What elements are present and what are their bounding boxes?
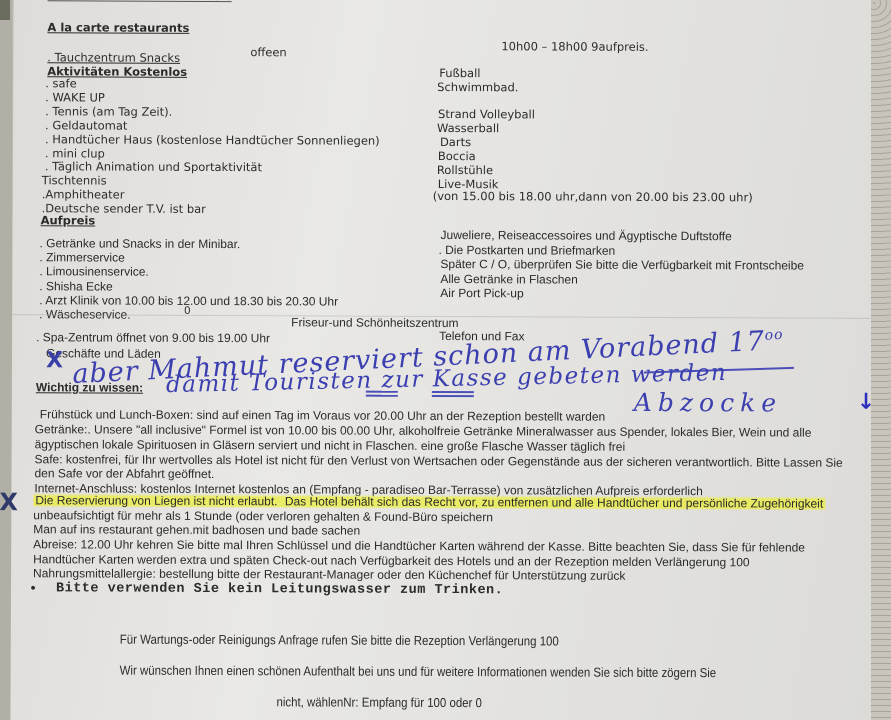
handwritten-superscript: oo	[764, 327, 784, 344]
bullet-dot: •	[29, 582, 38, 597]
list-item: . Limousinenservice.	[39, 264, 148, 278]
note-line: Nahrungsmittelallergie: bestellung bitte…	[33, 566, 625, 583]
maintenance-note: Für Wartungs-oder Reinigungs Anfrage ruf…	[120, 632, 559, 649]
handwritten-line-3: Abzocke	[634, 388, 782, 418]
list-item: . Shisha Ecke	[39, 279, 112, 293]
highlighted-sentence: Die Reservierung von Liegen ist nicht er…	[33, 493, 279, 508]
list-item: Darts	[440, 135, 471, 149]
snacks-hours: 10h00 – 18h00 9aufpreis.	[501, 39, 648, 54]
list-item: . Tennis (am Tag Zeit).	[45, 104, 172, 119]
closing-line-2: nicht, wählenNr: Empfang für 100 oder 0	[276, 694, 481, 710]
list-item: . Geldautomat	[45, 118, 127, 132]
handwritten-underline-kasse-2	[432, 395, 474, 397]
spa-line: . Spa-Zentrum öffnet von 9.00 bis 19.00 …	[36, 330, 270, 345]
highlight-rest: Das Hotel behält sich das Recht vor, zu …	[279, 494, 825, 510]
tap-water-warning: Bitte verwenden Sie kein Leitungswasser …	[56, 581, 503, 598]
list-item: .Amphitheater	[42, 187, 125, 201]
friseur-line: Friseur-und Schönheitszentrum	[291, 315, 458, 330]
list-item: Wasserball	[437, 121, 499, 135]
margin-x-mark: X	[0, 488, 18, 516]
list-item: . WAKE UP	[45, 90, 105, 104]
list-item: Tischtennis	[42, 173, 107, 187]
list-item: Rollstühle	[437, 163, 493, 177]
closing-line-1: Wir wünschen Ihnen einen schönen Aufenth…	[120, 663, 717, 681]
list-item: . Täglich Animation und Sportaktivität	[45, 159, 262, 174]
list-item: Juweliere, Reiseaccessoires und Ägyptisc…	[441, 228, 732, 243]
snacks-item: . Tauchzentrum Snacks	[47, 50, 180, 65]
snacks-status: offeen	[250, 45, 286, 59]
list-item: . Handtücher Haus (kostenlose Handtücher…	[45, 132, 380, 147]
handwritten-underline-zur-1	[366, 391, 398, 393]
background-right-edge	[871, 0, 891, 720]
list-item: Schwimmbad.	[437, 80, 518, 94]
cut-top-line: . El Shisha - Orientalischen Café	[48, 0, 232, 3]
list-item: (von 15.00 bis 18.00 uhr,dann von 20.00 …	[433, 189, 753, 204]
note-line: ägyptischen lokale Spirituosen in Gläser…	[35, 437, 626, 454]
list-item: Fußball	[439, 66, 480, 80]
list-item: . safe	[45, 76, 77, 90]
list-item: Air Port Pick-up	[440, 286, 523, 300]
list-item: . Getränke und Snacks in der Minibar.	[39, 236, 240, 251]
paid-heading: Aufpreis	[41, 213, 96, 227]
list-item: Boccia	[438, 149, 476, 163]
list-item: Später C / O, überprüfen Sie bitte die V…	[440, 257, 804, 273]
note-line: den Safe vor der Abfahrt geöffnet.	[34, 466, 214, 481]
handwritten-underline-zur-2	[366, 395, 398, 397]
list-item: . Die Postkarten und Briefmarken	[438, 243, 615, 258]
list-item: Strand Volleyball	[438, 107, 535, 121]
note-line: Man auf ins restaurant gehen.mit badhose…	[33, 522, 360, 537]
restaurants-heading: A la carte restaurants	[47, 20, 189, 35]
list-item: Alle Getränke in Flaschen	[440, 272, 577, 287]
list-item: . Zimmerservice	[39, 250, 124, 264]
handwritten-underline-kasse-1	[432, 391, 474, 393]
note-line: Frühstück und Lunch-Boxen: sind auf eine…	[40, 407, 606, 423]
handwritten-x-mark: X	[46, 348, 63, 373]
printed-sheet: . El Shisha - Orientalischen Café A la c…	[10, 0, 875, 720]
